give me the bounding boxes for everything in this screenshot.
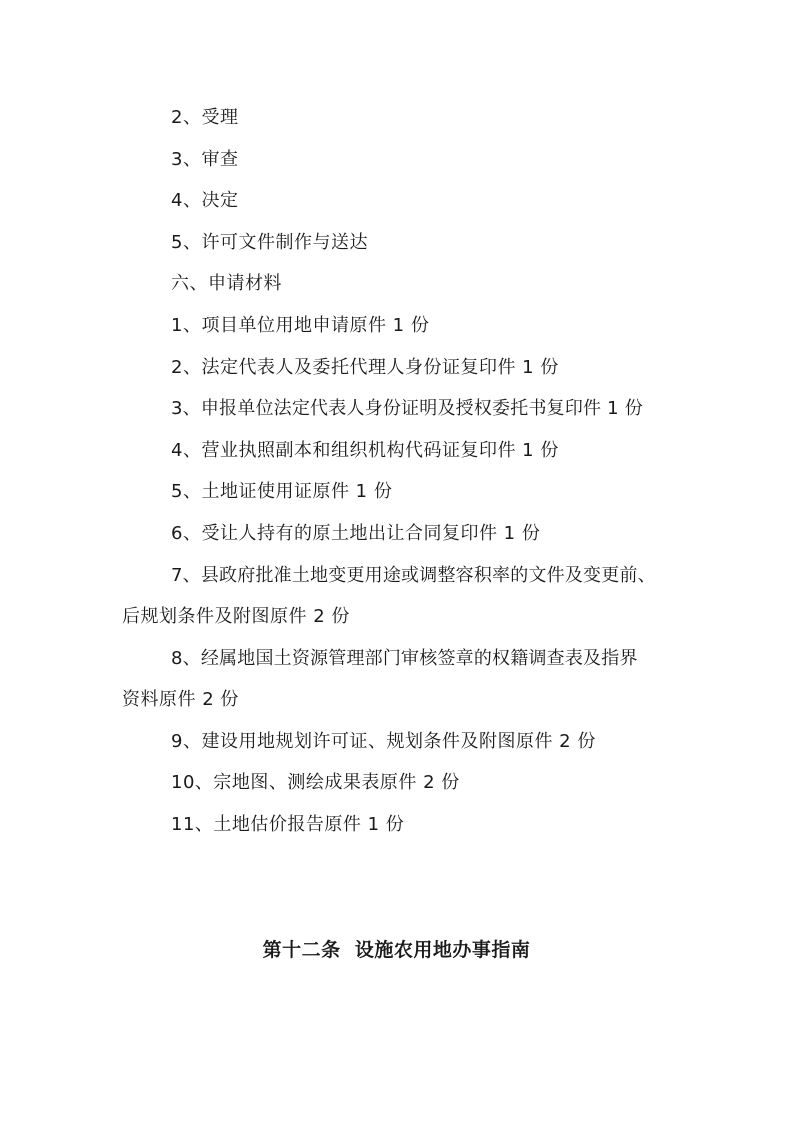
- step-3-review: 3、审查: [171, 148, 238, 172]
- material-item-6: 6、受让人持有的原土地出让合同复印件 1 份: [171, 522, 540, 546]
- material-item-5: 5、土地证使用证原件 1 份: [171, 480, 392, 504]
- material-item-9: 9、建设用地规划许可证、规划条件及附图原件 2 份: [171, 730, 596, 754]
- material-item-10: 10、宗地图、测绘成果表原件 2 份: [171, 771, 460, 795]
- material-item-2: 2、法定代表人及委托代理人身份证复印件 1 份: [171, 356, 559, 380]
- step-5-delivery: 5、许可文件制作与送达: [171, 231, 368, 255]
- material-item-7-line-2: 后规划条件及附图原件 2 份: [122, 605, 350, 629]
- step-2-accept: 2、受理: [171, 106, 238, 130]
- material-item-7-line-1: 7、县政府批准土地变更用途或调整容积率的文件及变更前、: [171, 564, 656, 588]
- document-page: 2、受理 3、审查 4、决定 5、许可文件制作与送达 六、申请材料 1、项目单位…: [0, 0, 793, 1122]
- material-item-8-line-1: 8、经属地国土资源管理部门审核签章的权籍调查表及指界: [171, 647, 638, 671]
- material-item-4: 4、营业执照副本和组织机构代码证复印件 1 份: [171, 439, 559, 463]
- material-item-11: 11、土地估价报告原件 1 份: [171, 813, 404, 837]
- step-4-decision: 4、决定: [171, 189, 238, 213]
- section-heading-materials: 六、申请材料: [171, 272, 282, 296]
- article-heading: 第十二条 设施农用地办事指南: [0, 937, 793, 963]
- material-item-8-line-2: 资料原件 2 份: [122, 688, 239, 712]
- material-item-1: 1、项目单位用地申请原件 1 份: [171, 314, 429, 338]
- material-item-3: 3、申报单位法定代表人身份证明及授权委托书复印件 1 份: [171, 397, 643, 421]
